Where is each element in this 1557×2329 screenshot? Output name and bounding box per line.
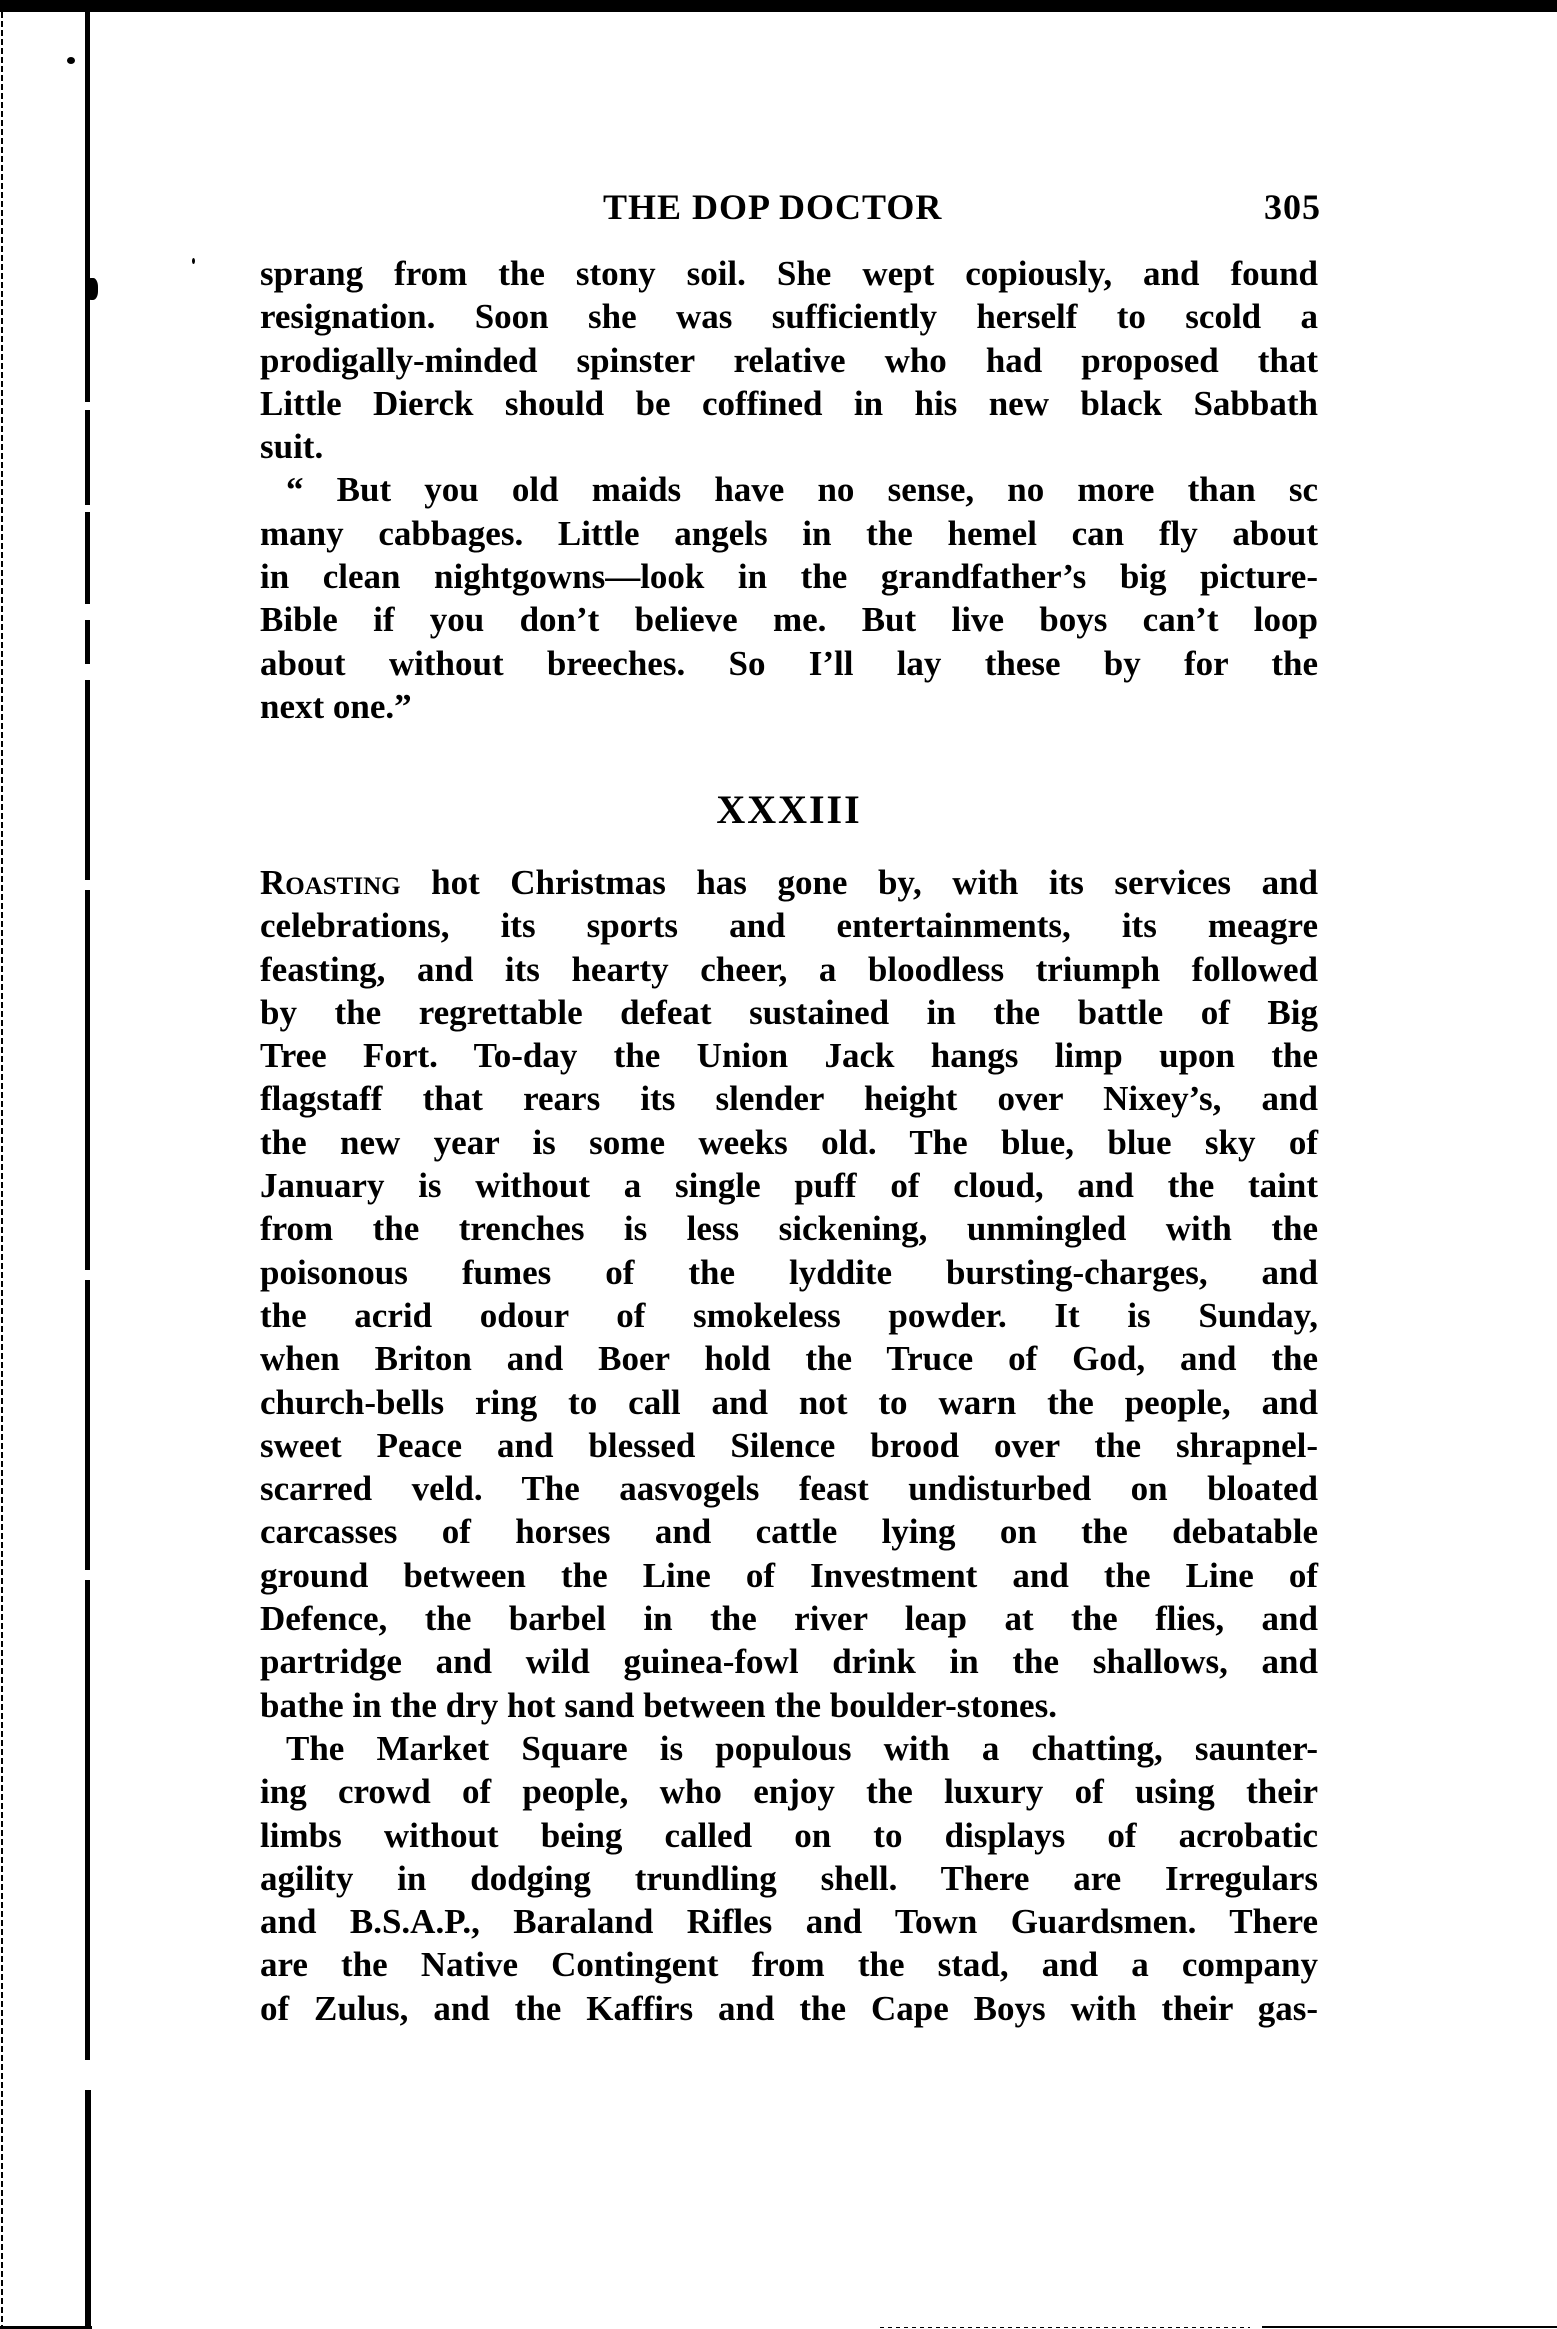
text-line: are the Native Contingent from the stad,… <box>260 1943 1318 1986</box>
binding-line-segment <box>85 1580 90 2060</box>
text-line: The Market Square is populous with a cha… <box>260 1727 1318 1770</box>
ink-speck <box>86 278 98 300</box>
binding-line-segment <box>85 410 90 505</box>
binding-line-segment <box>85 512 90 604</box>
text-line: Roasting hot Christmas has gone by, with… <box>260 861 1318 904</box>
text-line: Defence, the barbel in the river leap at… <box>260 1597 1318 1640</box>
ink-speck <box>67 57 75 64</box>
text-line: sprang from the stony soil. She wept cop… <box>260 252 1318 295</box>
text-line: ground between the Line of Investment an… <box>260 1554 1318 1597</box>
text-line: celebrations, its sports and entertainme… <box>260 904 1318 947</box>
running-title: THE DOP DOCTOR <box>603 186 942 228</box>
text-line: sweet Peace and blessed Silence brood ov… <box>260 1424 1318 1467</box>
text-line: of Zulus, and the Kaffirs and the Cape B… <box>260 1987 1318 2030</box>
text-line: in clean nightgowns—look in the grandfat… <box>260 555 1318 598</box>
scan-bottom-edge <box>880 2327 1250 2328</box>
text-line: carcasses of horses and cattle lying on … <box>260 1510 1318 1553</box>
text-line: by the regrettable defeat sustained in t… <box>260 991 1318 1034</box>
small-caps-opening-word: Roasting <box>260 863 401 902</box>
page-number: 305 <box>1264 186 1321 228</box>
text-line: from the trenches is less sickening, unm… <box>260 1207 1318 1250</box>
text-line: church-bells ring to call and not to war… <box>260 1381 1318 1424</box>
text-fragment: hot Christmas has gone by, with its serv… <box>401 863 1318 902</box>
binding-line-segment <box>85 680 90 880</box>
paragraph-continuation: sprang from the stony soil. She wept cop… <box>260 252 1318 728</box>
scan-top-border <box>0 0 1557 12</box>
text-line: Little Dierck should be coffined in his … <box>260 382 1318 425</box>
binding-line-segment <box>85 1280 90 1570</box>
text-line: about without breeches. So I’ll lay thes… <box>260 642 1318 685</box>
binding-line-segment <box>85 620 90 664</box>
ink-speck <box>192 258 195 264</box>
text-line: prodigally-minded spinster relative who … <box>260 339 1318 382</box>
binding-line-segment <box>85 2090 91 2328</box>
text-line: the new year is some weeks old. The blue… <box>260 1121 1318 1164</box>
text-line: agility in dodging trundling shell. Ther… <box>260 1857 1318 1900</box>
chapter-heading: XXXIII <box>260 786 1318 833</box>
scan-left-edge <box>1 12 3 2327</box>
text-line: poisonous fumes of the lyddite bursting-… <box>260 1251 1318 1294</box>
text-line: many cabbages. Little angels in the heme… <box>260 512 1318 555</box>
text-line: when Briton and Boer hold the Truce of G… <box>260 1337 1318 1380</box>
binding-line-segment <box>85 12 90 402</box>
binding-line-segment <box>85 890 90 1270</box>
text-line: “ But you old maids have no sense, no mo… <box>260 468 1318 511</box>
text-line: flagstaff that rears its slender height … <box>260 1077 1318 1120</box>
text-line: limbs without being called on to display… <box>260 1814 1318 1857</box>
text-line: ing crowd of people, who enjoy the luxur… <box>260 1770 1318 1813</box>
text-line: next one.” <box>260 685 1318 728</box>
text-line: and B.S.A.P., Baraland Rifles and Town G… <box>260 1900 1318 1943</box>
text-line: suit. <box>260 425 1318 468</box>
text-line: scarred veld. The aasvogels feast undist… <box>260 1467 1318 1510</box>
chapter-opening-paragraph: Roasting hot Christmas has gone by, with… <box>260 861 1318 2030</box>
text-line: Tree Fort. To-day the Union Jack hangs l… <box>260 1034 1318 1077</box>
text-line: January is without a single puff of clou… <box>260 1164 1318 1207</box>
text-line: feasting, and its hearty cheer, a bloodl… <box>260 948 1318 991</box>
text-line: bathe in the dry hot sand between the bo… <box>260 1684 1318 1727</box>
text-line: Bible if you don’t believe me. But live … <box>260 598 1318 641</box>
text-line: partridge and wild guinea-fowl drink in … <box>260 1640 1318 1683</box>
running-head: THE DOP DOCTOR 305 <box>260 186 1318 226</box>
scan-bottom-edge <box>1262 2326 1557 2328</box>
text-line: the acrid odour of smokeless powder. It … <box>260 1294 1318 1337</box>
text-line: resignation. Soon she was sufficiently h… <box>260 295 1318 338</box>
